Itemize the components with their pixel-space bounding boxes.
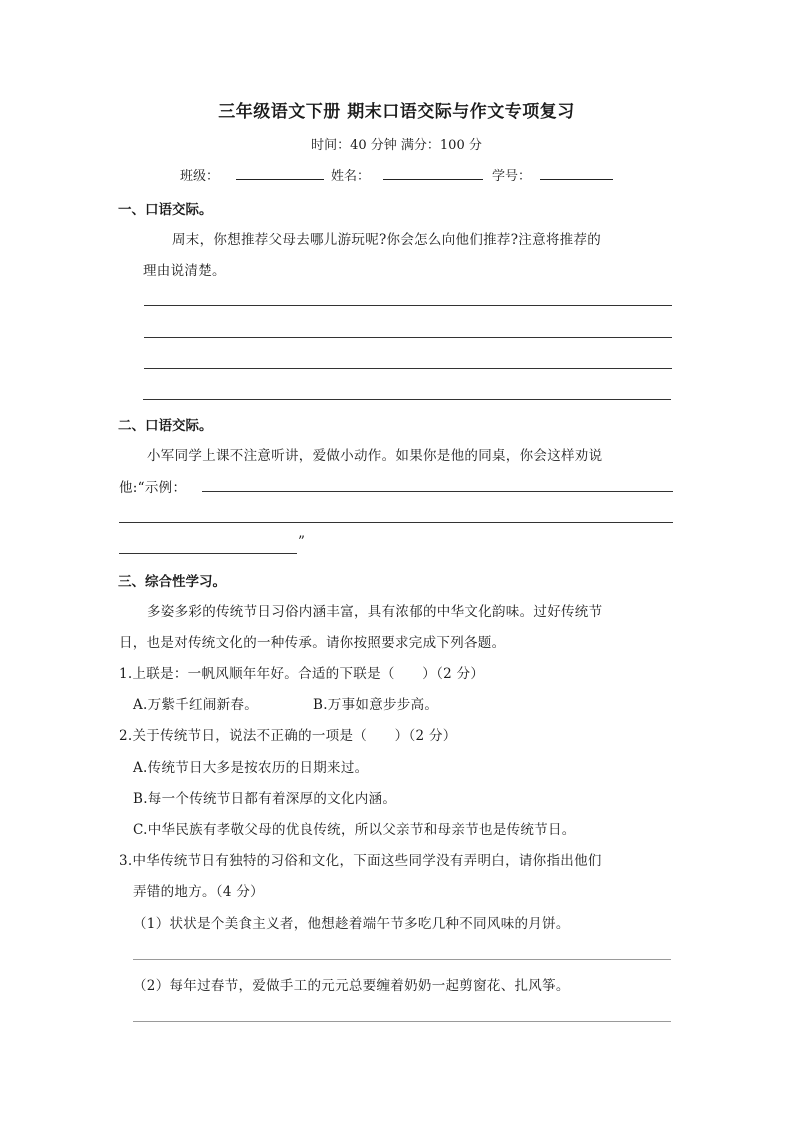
- answer-line[interactable]: [133, 1021, 671, 1022]
- question-1-stem: 1.上联是：一帆风顺年年好。合适的下联是（ ）（2 分）: [119, 662, 484, 682]
- section-1-prompt-line2: 理由说清楚。: [143, 259, 226, 279]
- question-3-stem-line1: 3.中华传统节日有独特的习俗和文化，下面这些同学没有弄明白，请你指出他们: [119, 849, 602, 869]
- section-3-intro-line2: 日，也是对传统文化的一种传承。请你按照要求完成下列各题。: [119, 631, 505, 651]
- question-2-option-a[interactable]: A.传统节日大多是按农历的日期来过。: [133, 756, 368, 776]
- answer-line[interactable]: [133, 959, 671, 960]
- question-3-sub-item-2: （2）每年过春节，爱做手工的元元总要缠着奶奶一起剪窗花、扎风筝。: [133, 974, 570, 994]
- answer-line[interactable]: [119, 522, 673, 523]
- section-1-prompt-line1: 周末，你想推荐父母去哪儿游玩呢?你会怎么向他们推荐?注意将推荐的: [172, 228, 601, 248]
- student-id-field[interactable]: [540, 165, 613, 180]
- section-2-prompt-line2: 他:“示例：: [119, 476, 186, 496]
- answer-line[interactable]: [202, 491, 673, 492]
- exam-meta: 时间：40 分钟 满分：100 分: [0, 134, 793, 153]
- answer-line[interactable]: [144, 305, 672, 306]
- section-3-heading: 三、综合性学习。: [118, 570, 226, 590]
- question-2-option-b[interactable]: B.每一个传统节日都有着深厚的文化内涵。: [133, 787, 396, 807]
- name-field[interactable]: [383, 165, 483, 180]
- question-1-option-a[interactable]: A.万紫千红闹新春。: [133, 693, 258, 713]
- question-3-stem-line2: 弄错的地方。（4 分）: [133, 880, 264, 900]
- section-1-heading: 一、口语交际。: [118, 198, 213, 218]
- answer-line[interactable]: [119, 553, 297, 554]
- question-2-stem: 2.关于传统节日，说法不正确的一项是（ ）（2 分）: [119, 724, 457, 744]
- section-2-prompt-line1: 小军同学上课不注意听讲，爱做小动作。如果你是他的同桌，你会这样劝说: [147, 444, 602, 464]
- answer-line[interactable]: [144, 368, 672, 369]
- question-2-option-c[interactable]: C.中华民族有孝敬父母的优良传统，所以父亲节和母亲节也是传统节日。: [133, 818, 576, 838]
- section-3-intro-line1: 多姿多彩的传统节日习俗内涵丰富，具有浓郁的中华文化韵味。过好传统节: [147, 600, 602, 620]
- closing-quote: ”: [298, 534, 305, 550]
- answer-line[interactable]: [143, 399, 671, 400]
- name-label: 姓名：: [331, 165, 370, 184]
- section-2-heading: 二、口语交际。: [118, 414, 213, 434]
- document-title: 三年级语文下册 期末口语交际与作文专项复习: [0, 97, 793, 122]
- answer-line[interactable]: [144, 337, 672, 338]
- question-3-sub-item-1: （1）状状是个美食主义者，他想趁着端午节多吃几种不同风味的月饼。: [133, 912, 570, 932]
- class-field[interactable]: [236, 165, 324, 180]
- question-1-option-b[interactable]: B.万事如意步步高。: [313, 693, 438, 713]
- class-label: 班级：: [180, 165, 219, 184]
- student-id-label: 学号：: [492, 165, 531, 184]
